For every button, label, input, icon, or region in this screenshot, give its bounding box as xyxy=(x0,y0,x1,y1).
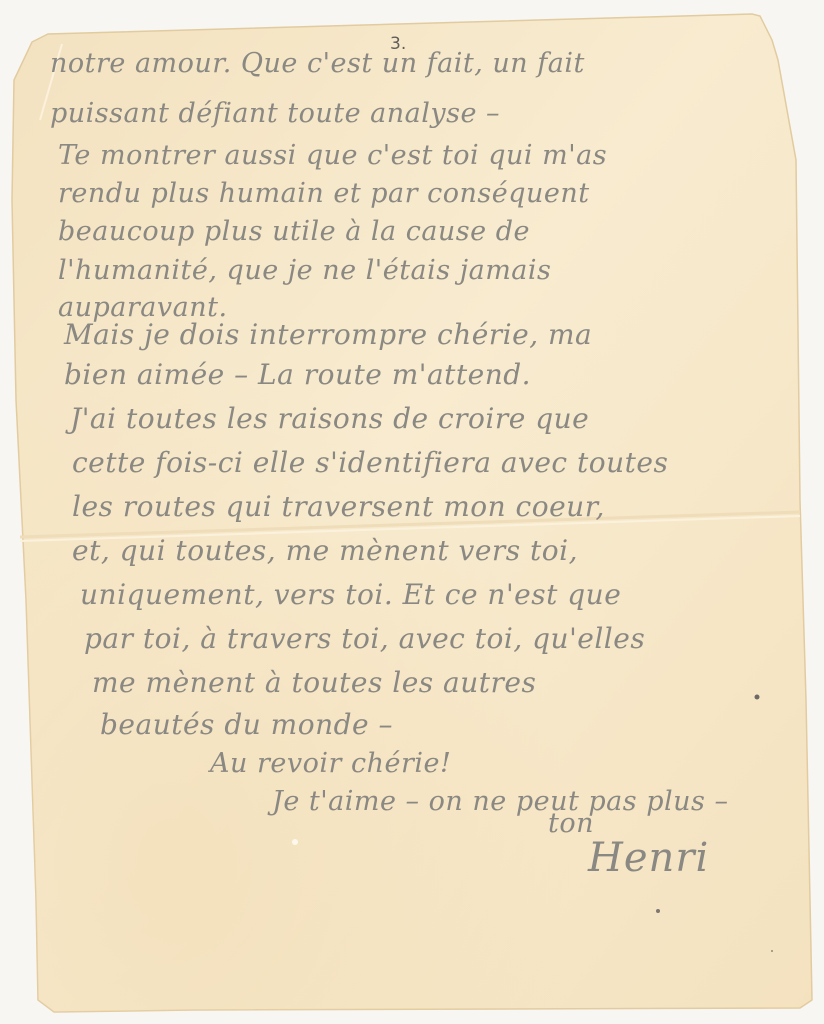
letter-line: J'ai toutes les raisons de croire que xyxy=(70,402,589,435)
letter-line: uniquement, vers toi. Et ce n'est que xyxy=(80,578,621,611)
letter-page: 3. notre amour. Que c'est un fait, un fa… xyxy=(0,0,824,1024)
letter-line: l'humanité, que je ne l'étais jamais xyxy=(58,255,551,286)
letter-line: beautés du monde – xyxy=(100,708,393,741)
letter-line: par toi, à travers toi, avec toi, qu'ell… xyxy=(84,622,645,655)
signature: Henri xyxy=(588,835,709,881)
letter-line: Mais je dois interrompre chérie, ma xyxy=(64,318,592,351)
letter-line: Je t'aime – on ne peut pas plus – xyxy=(272,786,728,817)
letter-line: cette fois-ci elle s'identifiera avec to… xyxy=(72,446,668,479)
letter-line: Au revoir chérie! xyxy=(210,748,451,779)
letter-line: les routes qui traversent mon coeur, xyxy=(72,490,605,523)
letter-line: et, qui toutes, me mènent vers toi, xyxy=(72,534,578,567)
letter-line: puissant défiant toute analyse – xyxy=(50,98,500,129)
letter-line: bien aimée – La route m'attend. xyxy=(64,358,531,391)
letter-line: me mènent à toutes les autres xyxy=(92,666,536,699)
letter-line: notre amour. Que c'est un fait, un fait xyxy=(50,48,585,79)
letter-line: Te montrer aussi que c'est toi qui m'as xyxy=(58,140,607,171)
letter-line: rendu plus humain et par conséquent xyxy=(58,178,590,209)
letter-line: beaucoup plus utile à la cause de xyxy=(58,216,530,247)
